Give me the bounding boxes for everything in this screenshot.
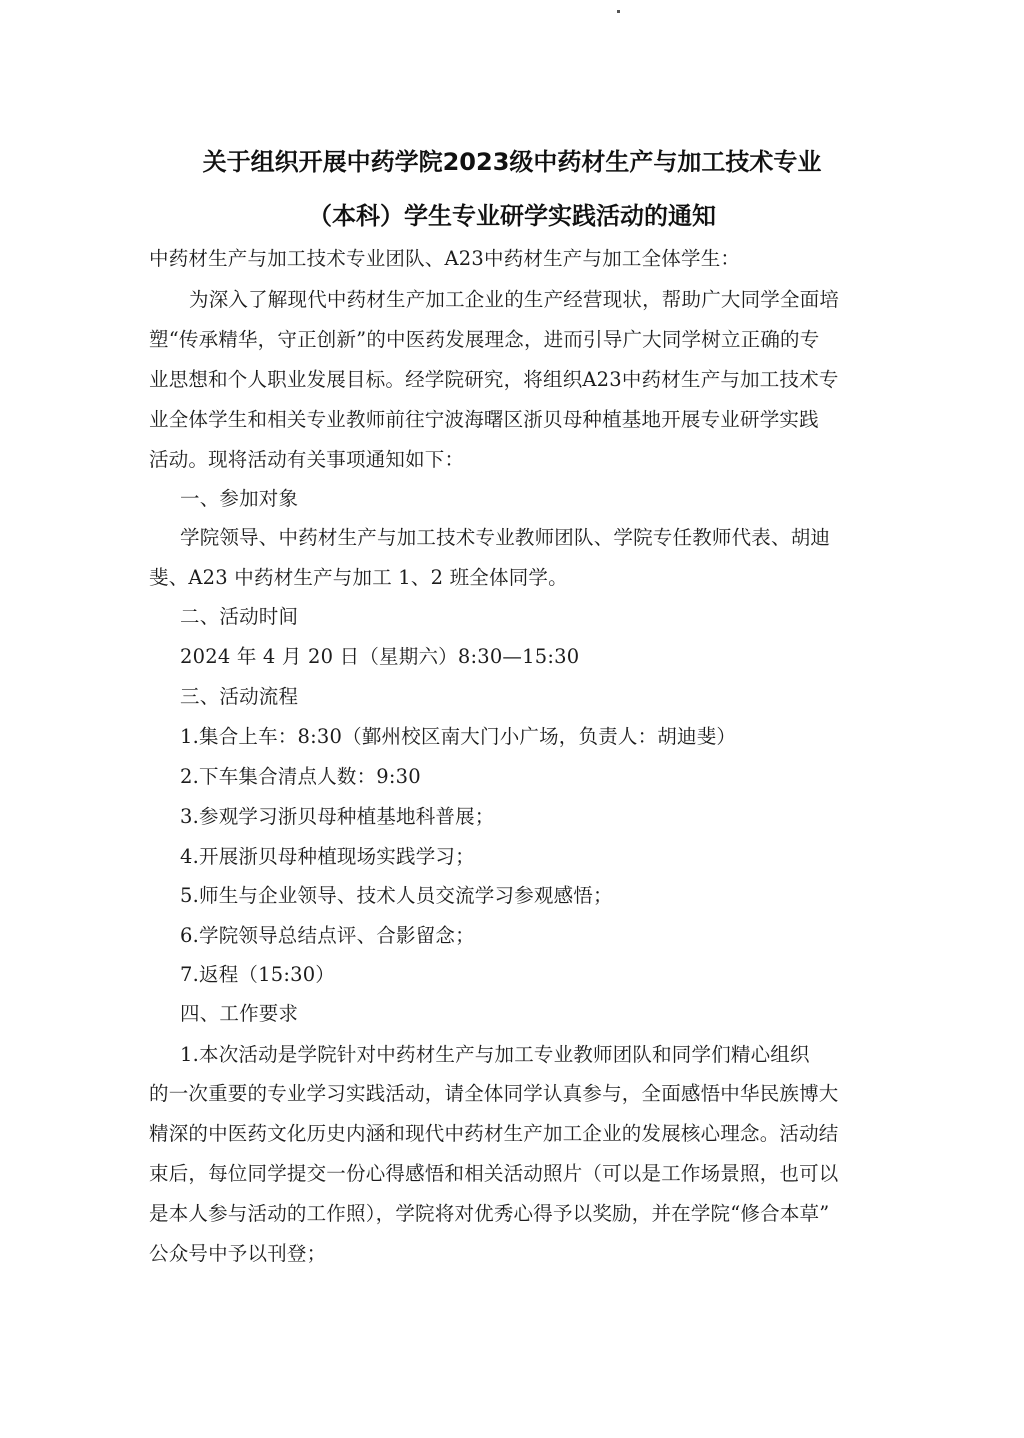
document-title-line-1: 关于组织开展中药学院2023级中药材生产与加工技术专业 <box>0 142 1024 177</box>
intro-line: 为深入了解现代中药材生产加工企业的生产经营现状，帮助广大同学全面培 <box>189 284 839 312</box>
addressee: 中药材生产与加工技术专业团队、A23中药材生产与加工全体学生： <box>149 243 740 271</box>
requirements-line: 精深的中医药文化历史内涵和现代中药材生产加工企业的发展核心理念。活动结 <box>149 1118 839 1146</box>
schedule-item: 5.师生与企业领导、技术人员交流学习参观感悟； <box>180 880 613 908</box>
schedule-item: 7.返程（15:30） <box>180 959 335 987</box>
intro-line: 活动。现将活动有关事项通知如下： <box>149 444 464 472</box>
intro-line: 业全体学生和相关专业教师前往宁波海曙区浙贝母种植基地开展专业研学实践 <box>149 404 819 432</box>
section-heading-participants: 一、参加对象 <box>180 483 298 511</box>
intro-line: 业思想和个人职业发展目标。经学院研究，将组织A23中药材生产与加工技术专 <box>149 364 839 392</box>
schedule-item: 4.开展浙贝母种植现场实践学习； <box>180 841 475 869</box>
requirements-line: 公众号中予以刊登； <box>149 1238 326 1266</box>
requirements-line: 1.本次活动是学院针对中药材生产与加工专业教师团队和同学们精心组织 <box>180 1039 810 1067</box>
participants-line: 斐、A23 中药材生产与加工 1、2 班全体同学。 <box>149 562 568 590</box>
requirements-line: 的一次重要的专业学习实践活动，请全体同学认真参与，全面感悟中华民族博大 <box>149 1078 839 1106</box>
schedule-item: 6.学院领导总结点评、合影留念； <box>180 920 475 948</box>
document-title-line-2: （本科）学生专业研学实践活动的通知 <box>0 196 1024 231</box>
participants-line: 学院领导、中药材生产与加工技术专业教师团队、学院专任教师代表、胡迪 <box>180 522 830 550</box>
section-heading-schedule: 三、活动流程 <box>180 681 298 709</box>
requirements-line: 束后，每位同学提交一份心得感悟和相关活动照片（可以是工作场景照，也可以 <box>149 1158 839 1186</box>
intro-line: 塑“传承精华，守正创新”的中医药发展理念，进而引导广大同学树立正确的专 <box>149 324 819 352</box>
document-page: 关于组织开展中药学院2023级中药材生产与加工技术专业 （本科）学生专业研学实践… <box>0 0 1024 1438</box>
scan-speck <box>617 10 620 13</box>
schedule-item: 2.下车集合清点人数：9:30 <box>180 761 421 789</box>
section-heading-requirements: 四、工作要求 <box>180 998 298 1026</box>
section-heading-time: 二、活动时间 <box>180 601 298 629</box>
schedule-item: 1.集合上车：8:30（鄞州校区南大门小广场，负责人：胡迪斐） <box>180 721 736 749</box>
requirements-line: 是本人参与活动的工作照），学院将对优秀心得予以奖励，并在学院“修合本草” <box>149 1198 829 1226</box>
activity-time: 2024 年 4 月 20 日（星期六）8:30—15:30 <box>180 641 579 669</box>
schedule-item: 3.参观学习浙贝母种植基地科普展； <box>180 801 495 829</box>
